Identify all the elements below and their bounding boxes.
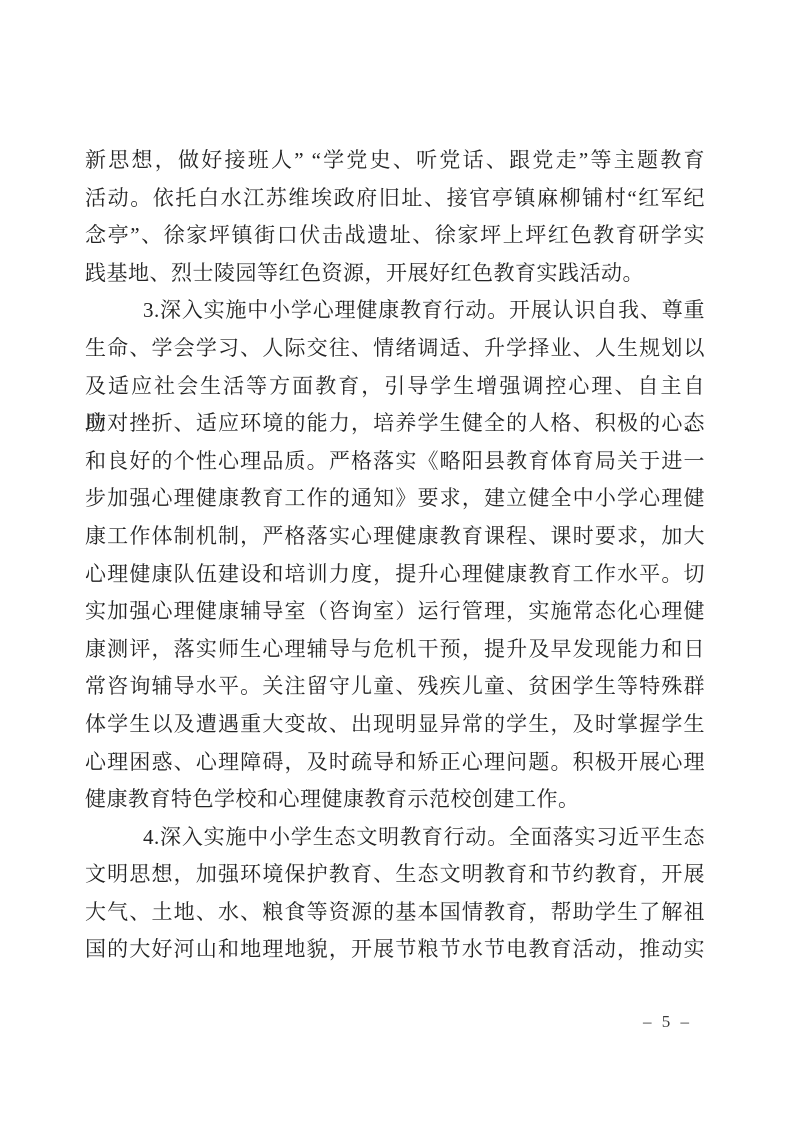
text-line: 新思想，做好接班人” “学党史、听党话、跟党走”等主题教育 <box>85 142 705 180</box>
paragraph-action-3-mental-health-education: 3.深入实施中小学心理健康教育行动。开展认识自我、尊重 生命、学会学习、人际交往… <box>85 292 705 818</box>
text-line: 体学生以及遭遇重大变故、出现明显异常的学生，及时掌握学生 <box>85 706 705 744</box>
text-line: 和良好的个性心理品质。严格落实《略阳县教育体育局关于进一 <box>85 443 705 481</box>
text-line: 及适应社会生活等方面教育，引导学生增强调控心理、自主自助、 <box>85 368 705 406</box>
text-line: 活动。依托白水江苏维埃政府旧址、接官亭镇麻柳铺村“红军纪 <box>85 180 705 218</box>
text-line: 生命、学会学习、人际交往、情绪调适、升学择业、人生规划以 <box>85 330 705 368</box>
paragraph-red-education-continuation: 新思想，做好接班人” “学党史、听党话、跟党走”等主题教育 活动。依托白水江苏维… <box>85 142 705 292</box>
text-line: 健康教育特色学校和心理健康教育示范校创建工作。 <box>85 781 705 819</box>
text-line: 国的大好河山和地理地貌，开展节粮节水节电教育活动，推动实 <box>85 931 705 969</box>
text-line: 大气、土地、水、粮食等资源的基本国情教育，帮助学生了解祖 <box>85 894 705 932</box>
text-line: 康工作体制机制，严格落实心理健康教育课程、课时要求，加大 <box>85 518 705 556</box>
action-3-heading-line: 3.深入实施中小学心理健康教育行动。开展认识自我、尊重 <box>85 292 705 330</box>
text-line: 常咨询辅导水平。关注留守儿童、残疾儿童、贫困学生等特殊群 <box>85 668 705 706</box>
text-line: 践基地、烈士陵园等红色资源，开展好红色教育实践活动。 <box>85 255 705 293</box>
page-number: – 5 – <box>643 1012 692 1032</box>
action-4-heading-line: 4.深入实施中小学生态文明教育行动。全面落实习近平生态 <box>85 819 705 857</box>
text-line: 心理健康队伍建设和培训力度，提升心理健康教育工作水平。切 <box>85 556 705 594</box>
paragraph-action-4-eco-civilization-education: 4.深入实施中小学生态文明教育行动。全面落实习近平生态 文明思想，加强环境保护教… <box>85 819 705 969</box>
text-line: 康测评，落实师生心理辅导与危机干预，提升及早发现能力和日 <box>85 631 705 669</box>
text-line: 文明思想，加强环境保护教育、生态文明教育和节约教育，开展 <box>85 856 705 894</box>
document-body: 新思想，做好接班人” “学党史、听党话、跟党走”等主题教育 活动。依托白水江苏维… <box>85 142 705 969</box>
text-line: 应对挫折、适应环境的能力，培养学生健全的人格、积极的心态 <box>85 405 705 443</box>
text-line: 步加强心理健康教育工作的通知》要求，建立健全中小学心理健 <box>85 480 705 518</box>
document-page: 新思想，做好接班人” “学党史、听党话、跟党走”等主题教育 活动。依托白水江苏维… <box>0 0 793 1122</box>
text-line: 实加强心理健康辅导室（咨询室）运行管理，实施常态化心理健 <box>85 593 705 631</box>
text-line: 心理困惑、心理障碍，及时疏导和矫正心理问题。积极开展心理 <box>85 744 705 782</box>
text-line: 念亭”、徐家坪镇街口伏击战遗址、徐家坪上坪红色教育研学实 <box>85 217 705 255</box>
